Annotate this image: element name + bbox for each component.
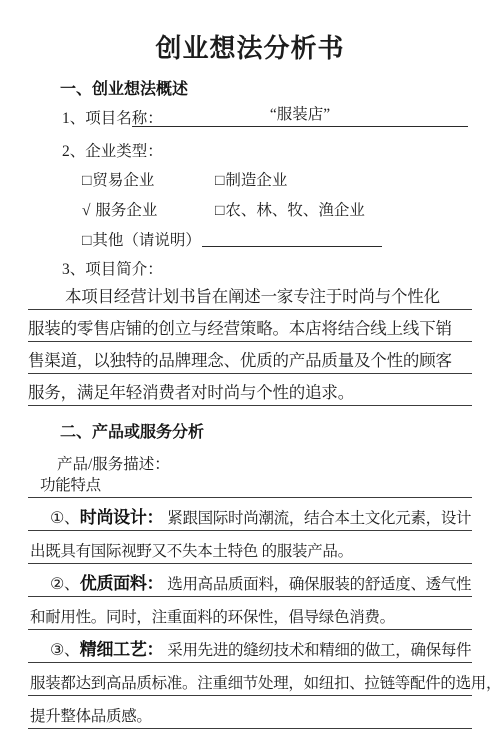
feature-line: 提升整体品质感。: [28, 696, 472, 729]
section-heading-overview: 一、创业想法概述: [60, 76, 188, 99]
checkbox-icon[interactable]: □: [215, 202, 224, 219]
circled-number-icon: ③、: [50, 637, 80, 660]
checkbox-label: 制造企业: [225, 172, 287, 189]
checkbox-label: 其他（请说明）: [92, 232, 201, 249]
company-type-label: 2、企业类型：: [62, 139, 163, 161]
feature-desc: 选用高品质面料，确保服装的舒适度、透气性: [167, 572, 471, 594]
intro-line: 本项目经营计划书旨在阐述一家专注于时尚与个性化: [28, 278, 472, 310]
intro-line: 售渠道，以独特的品牌理念、优质的产品质量及个性的顾客: [28, 342, 472, 374]
checkbox-option-trade[interactable]: □贸易企业: [82, 168, 154, 190]
checkbox-option-agriculture[interactable]: □农、林、牧、渔企业: [215, 198, 365, 220]
feature-desc: 紧跟国际时尚潮流，结合本土文化元素，设计: [167, 506, 471, 528]
checkbox-option-other[interactable]: □其他（请说明）: [82, 228, 201, 250]
feature-line: 和耐用性。同时，注重面料的环保性，倡导绿色消费。: [28, 597, 472, 630]
feature-line: 服装都达到高品质标准。注重细节处理，如纽扣、拉链等配件的选用，: [28, 663, 472, 696]
project-name-field[interactable]: “服装店”: [132, 102, 468, 127]
project-intro-label: 3、项目简介：: [62, 257, 163, 279]
intro-line: 服装的零售店铺的创立与经营策略。本店将结合线上线下销: [28, 310, 472, 342]
checkbox-label: 服务企业: [95, 202, 157, 219]
features-label: 功能特点: [28, 466, 472, 498]
intro-line: 服务，满足年轻消费者对时尚与个性的追求。: [28, 374, 472, 406]
feature-line: ②、优质面料：选用高品质面料，确保服装的舒适度、透气性: [28, 564, 472, 597]
checkbox-icon[interactable]: □: [82, 172, 91, 189]
other-explanation-field[interactable]: [202, 226, 382, 247]
checkbox-icon[interactable]: □: [82, 232, 91, 249]
feature-term: 精细工艺：: [80, 635, 164, 660]
feature-term: 优质面料：: [80, 569, 164, 594]
feature-line: ①、时尚设计：紧跟国际时尚潮流，结合本土文化元素，设计: [28, 498, 472, 531]
features-section: 功能特点 ①、时尚设计：紧跟国际时尚潮流，结合本土文化元素，设计 出既具有国际视…: [28, 466, 472, 729]
check-mark-icon[interactable]: √: [82, 202, 91, 219]
checkbox-label: 农、林、牧、渔企业: [225, 202, 365, 219]
checkbox-label: 贸易企业: [92, 172, 154, 189]
feature-term: 时尚设计：: [80, 503, 164, 528]
section-heading-product-analysis: 二、产品或服务分析: [60, 419, 204, 442]
project-intro-paragraph: 本项目经营计划书旨在阐述一家专注于时尚与个性化 服装的零售店铺的创立与经营策略。…: [28, 278, 472, 406]
doc-title: 创业想法分析书: [0, 28, 500, 65]
checkbox-option-manufacture[interactable]: □制造企业: [215, 168, 287, 190]
document-page: 创业想法分析书 一、创业想法概述 1、项目名称： “服装店” 2、企业类型： □…: [0, 0, 500, 732]
circled-number-icon: ①、: [50, 505, 80, 528]
feature-line: ③、精细工艺：采用先进的缝纫技术和精细的做工，确保每件: [28, 630, 472, 663]
feature-desc: 采用先进的缝纫技术和精细的做工，确保每件: [167, 638, 471, 660]
feature-line: 出既具有国际视野又不失本土特色 的服装产品。: [28, 531, 472, 564]
circled-number-icon: ②、: [50, 571, 80, 594]
checkbox-option-service[interactable]: √ 服务企业: [82, 198, 157, 220]
checkbox-icon[interactable]: □: [215, 172, 224, 189]
